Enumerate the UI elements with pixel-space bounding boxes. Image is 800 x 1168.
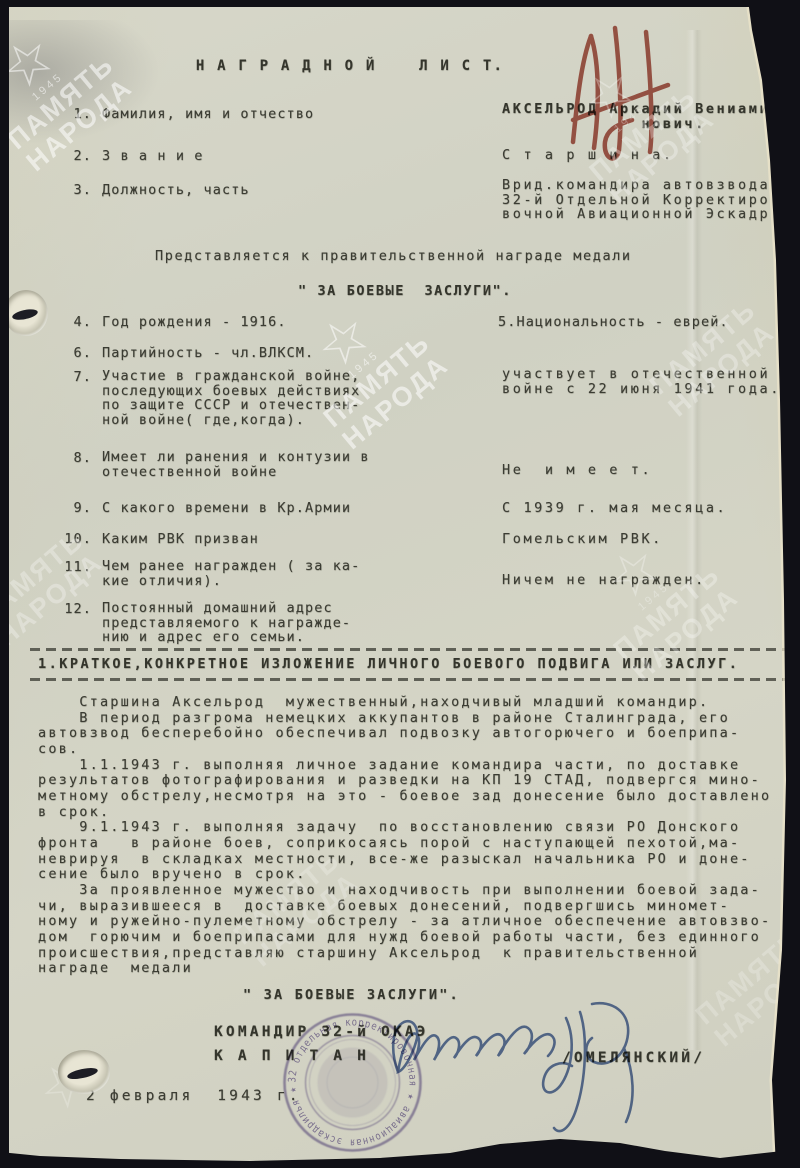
scan-background-edges (0, 0, 800, 1168)
award-sheet-scan: Н А Г Р А Д Н О Й Л И С Т. 1. Фамилия, и… (0, 0, 800, 1168)
